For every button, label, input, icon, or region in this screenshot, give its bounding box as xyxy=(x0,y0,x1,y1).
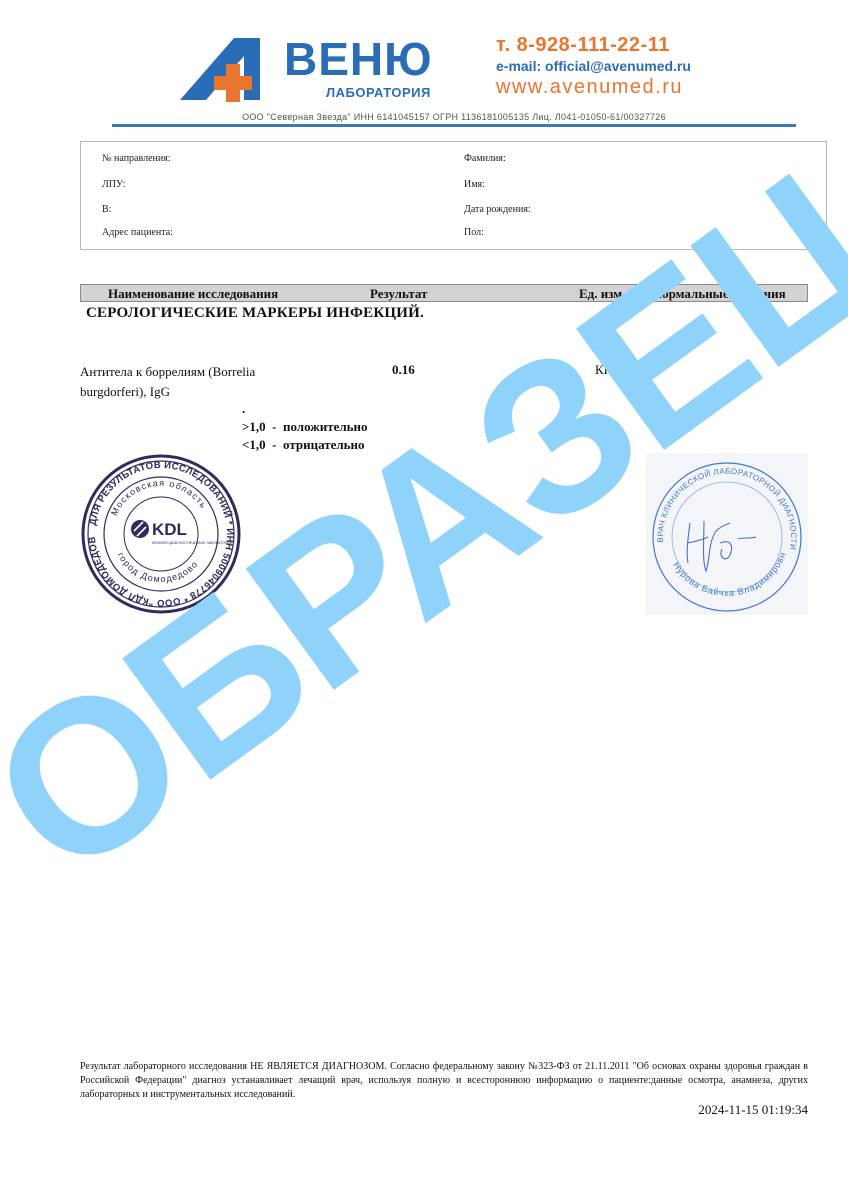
test-result: 0.16 xyxy=(392,362,415,378)
aveniu-logo: ВЕНЮ ЛАБОРАТОРИЯ xyxy=(176,34,446,114)
contact-phone: т. 8-928-111-22-11 xyxy=(496,34,796,56)
header-normal-values: Нормальные значения xyxy=(652,286,786,302)
contact-email: e-mail: official@avenumed.ru xyxy=(496,57,796,75)
results-table-header: Наименование исследования Результат Ед. … xyxy=(80,284,808,302)
print-timestamp: 2024-11-15 01:19:34 xyxy=(698,1102,808,1118)
stamp-logo-subtitle: КЛИНИКО-ДИАГНОСТИЧЕСКИЕ ЛАБОРАТОРИИ xyxy=(152,541,233,545)
reference-values: . >1,0 - положительно <1,0 - отрицательн… xyxy=(242,400,368,454)
doctor-stamp: ВРАЧ КЛИНИЧЕСКОЙ ЛАБОРАТОРНОЙ ДИАГНОСТИК… xyxy=(646,453,808,615)
doctor-position: ВРАЧ КЛИНИЧЕСКОЙ ЛАБОРАТОРНОЙ ДИАГНОСТИК… xyxy=(646,453,798,551)
patient-address-label: Адрес пациента: xyxy=(102,227,173,238)
contact-website: www.avenumed.ru xyxy=(496,75,796,99)
company-requisites: ООО "Северная Звезда" ИНН 6141045157 ОГР… xyxy=(112,112,796,122)
birth-date-label: Дата рождения: xyxy=(464,204,531,215)
svg-text:ВРАЧ КЛИНИЧЕСКОЙ ЛАБОРАТОРНОЙ: ВРАЧ КЛИНИЧЕСКОЙ ЛАБОРАТОРНОЙ ДИАГНОСТИК… xyxy=(646,453,798,551)
kdl-stamp: ДЛЯ РЕЗУЛЬТАТОВ ИССЛЕДОВАНИЙ * ИНН 50090… xyxy=(80,453,242,615)
svg-text:город Домодедово: город Домодедово xyxy=(116,551,200,584)
legal-disclaimer: Результат лабораторного исследования НЕ … xyxy=(80,1060,808,1102)
letterhead-divider xyxy=(112,124,796,127)
test-name: Антитела к боррелиям (Borrelia burgdorfe… xyxy=(80,362,290,402)
letterhead: ВЕНЮ ЛАБОРАТОРИЯ т. 8-928-111-22-11 e-ma… xyxy=(112,28,796,132)
referral-number-label: № направления: xyxy=(102,153,171,164)
section-title: СЕРОЛОГИЧЕСКИЕ МАРКЕРЫ ИНФЕКЦИЙ. xyxy=(86,305,424,322)
doctor-label: В: xyxy=(102,204,111,215)
brand-name: ВЕНЮ xyxy=(284,36,433,82)
logo-a-plus-icon xyxy=(176,34,286,104)
patient-info-box: № направления: ЛПУ: В: Адрес пациента: Ф… xyxy=(80,141,827,250)
sex-label: Пол: xyxy=(464,227,484,238)
surname-label: Фамилия: xyxy=(464,153,506,164)
header-unit: Ед. изм. xyxy=(579,286,625,302)
contacts: т. 8-928-111-22-11 e-mail: official@aven… xyxy=(496,34,796,99)
stamp-region: Московская область xyxy=(109,478,209,517)
stamp-city: город Домодедово xyxy=(116,551,200,584)
first-name-label: Имя: xyxy=(464,179,485,190)
institution-label: ЛПУ: xyxy=(102,179,125,190)
header-test-name: Наименование исследования xyxy=(108,286,278,302)
stamp-logo-text: KDL xyxy=(152,520,187,539)
brand-subtitle: ЛАБОРАТОРИЯ xyxy=(326,85,431,100)
kdl-logo-icon xyxy=(131,520,149,538)
test-unit: КП xyxy=(595,362,613,378)
signature-icon xyxy=(687,521,756,571)
svg-text:Московская область: Московская область xyxy=(109,478,209,517)
header-result: Результат xyxy=(370,286,427,302)
